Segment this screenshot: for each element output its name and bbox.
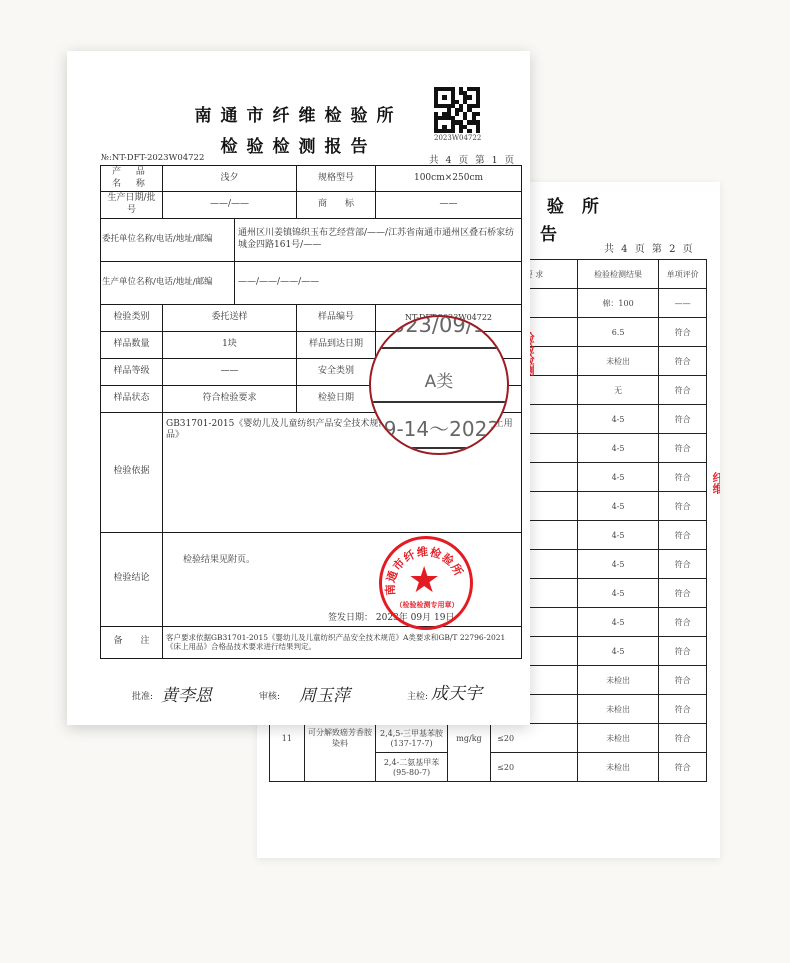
result-cell: 未检出: [577, 666, 658, 695]
label-sample-qty: 样品数量: [101, 331, 163, 358]
sub-item-name: 2,4,5-三甲基苯胺(137-17-7): [376, 724, 448, 753]
review-label: 审核:: [259, 689, 280, 702]
chief-label: 主检:: [407, 689, 428, 702]
label-inspect-type: 检验类别: [101, 304, 163, 331]
row-client: 委托单位名称/电话/地址/邮编 通州区川姜镇锦织玉布艺经营部/——/江苏省南通市…: [101, 218, 522, 261]
qr-caption: 2023W04722: [434, 134, 480, 142]
result-cell: 未检出: [577, 753, 658, 782]
value-product-name: 浅夕: [163, 166, 297, 192]
value-inspect-type: 委托送样: [163, 304, 297, 331]
result-cell: 4-5: [577, 492, 658, 521]
col-header-evaluation: 单项评价: [659, 260, 707, 289]
result-cell: 4-5: [577, 608, 658, 637]
value-client: 通州区川姜镇锦织玉布艺经营部/——/江苏省南通市通州区叠石桥家纺城金四路161号…: [235, 218, 522, 261]
report-number: №:NT-DFT-2023W04722: [101, 153, 204, 163]
requirement-cell: ≤20: [491, 753, 578, 782]
evaluation-cell: 符合: [659, 695, 707, 724]
value-grade: ——: [163, 358, 297, 385]
magnified-arrival-date: 2023/09/14: [371, 315, 507, 337]
value-conclusion: 检验结果见附页。: [183, 555, 255, 567]
row-prod-date: 生产日期/批号 ——/—— 商 标 ——: [101, 192, 522, 218]
result-cell: 未检出: [577, 695, 658, 724]
evaluation-cell: 符合: [659, 724, 707, 753]
seal-fragment-right: 纤维: [709, 472, 720, 494]
approve-label: 批准:: [132, 689, 153, 702]
evaluation-cell: 符合: [659, 463, 707, 492]
issue-date-label: 签发日期：: [328, 613, 373, 623]
label-conclusion: 检验结论: [101, 532, 163, 626]
label-spec: 规格型号: [297, 166, 376, 192]
label-safety: 安全类别: [297, 358, 376, 385]
page2-title-line2: 告: [540, 220, 557, 245]
result-cell: 4-5: [577, 637, 658, 666]
approve-signature: 黄李恩: [161, 681, 212, 706]
magnified-table-line: [371, 401, 507, 403]
evaluation-cell: 符合: [659, 434, 707, 463]
value-spec: 100cm×250cm: [376, 166, 522, 192]
result-cell: 4-5: [577, 521, 658, 550]
value-prod-date: ——/——: [163, 192, 297, 218]
result-cell: 4-5: [577, 550, 658, 579]
evaluation-cell: 符合: [659, 608, 707, 637]
value-state: 符合检验要求: [163, 385, 297, 412]
official-seal: 南通市纤维检验所 ★ （检验检测专用章）: [379, 536, 473, 630]
page1-page-indicator: 共 4 页 第 1 页: [429, 152, 516, 166]
review-signature: 周玉萍: [299, 681, 350, 706]
label-prod-date: 生产日期/批号: [101, 192, 163, 218]
evaluation-cell: 符合: [659, 492, 707, 521]
seal-subtitle: （检验检测专用章）: [392, 601, 462, 609]
label-grade: 样品等级: [101, 358, 163, 385]
result-cell: 棉：100: [577, 289, 658, 318]
magnified-inspect-date: 09-14～2023-0: [371, 413, 507, 442]
requirement-cell: ≤20: [491, 724, 578, 753]
label-inspect-date: 检验日期: [297, 385, 376, 412]
result-cell: 4-5: [577, 405, 658, 434]
value-sample-qty: 1块: [163, 331, 297, 358]
qr-code: 2023W04722: [434, 87, 480, 142]
label-client: 委托单位名称/电话/地址/邮编: [101, 218, 235, 261]
evaluation-cell: 符合: [659, 376, 707, 405]
sub-item-name: 2,4-二氨基甲苯(95-80-7): [376, 753, 448, 782]
evaluation-cell: 符合: [659, 318, 707, 347]
label-remark: 备 注: [101, 626, 163, 658]
value-brand: ——: [376, 192, 522, 218]
row-product-name: 产 品 名 称 浅夕 规格型号 100cm×250cm: [101, 166, 522, 192]
label-state: 样品状态: [101, 385, 163, 412]
result-cell: 4-5: [577, 579, 658, 608]
evaluation-cell: 符合: [659, 753, 707, 782]
value-producer: ——/——/——/——: [235, 261, 522, 304]
label-arrival: 样品到达日期: [297, 331, 376, 358]
magnifier-lens: 2023/09/14 A类 09-14～2023-0: [369, 315, 509, 455]
chief-signature: 成天宇: [431, 679, 482, 704]
value-remark: 客户要求依据GB31701-2015《婴幼儿及儿童纺织产品安全技术规范》A类要求…: [163, 626, 522, 658]
evaluation-cell: 符合: [659, 521, 707, 550]
evaluation-cell: 符合: [659, 579, 707, 608]
evaluation-cell: 符合: [659, 405, 707, 434]
qr-code-icon: [434, 87, 480, 133]
seal-star-icon: ★: [408, 563, 440, 599]
row-producer: 生产单位名称/电话/地址/邮编 ——/——/——/——: [101, 261, 522, 304]
result-cell: 4-5: [577, 434, 658, 463]
label-sample-no: 样品编号: [297, 304, 376, 331]
magnified-table-line: [412, 447, 466, 449]
evaluation-cell: ——: [659, 289, 707, 318]
label-product-name: 产 品 名 称: [101, 166, 163, 192]
magnified-table-line: [371, 347, 507, 349]
evaluation-cell: 符合: [659, 550, 707, 579]
evaluation-cell: 符合: [659, 637, 707, 666]
evaluation-cell: 符合: [659, 666, 707, 695]
magnified-safety-class: A类: [371, 367, 507, 392]
label-basis: 检验依据: [101, 412, 163, 532]
row-remark: 备 注 客户要求依据GB31701-2015《婴幼儿及儿童纺织产品安全技术规范》…: [101, 626, 522, 658]
result-cell: 无: [577, 376, 658, 405]
evaluation-cell: 符合: [659, 347, 707, 376]
label-brand: 商 标: [297, 192, 376, 218]
result-cell: 6.5: [577, 318, 658, 347]
label-producer: 生产单位名称/电话/地址/邮编: [101, 261, 235, 304]
result-cell: 4-5: [577, 463, 658, 492]
result-cell: 未检出: [577, 347, 658, 376]
col-header-result: 检验检测结果: [577, 260, 658, 289]
page2-page-indicator: 共 4 页 第 2 页: [604, 240, 695, 255]
result-cell: 未检出: [577, 724, 658, 753]
